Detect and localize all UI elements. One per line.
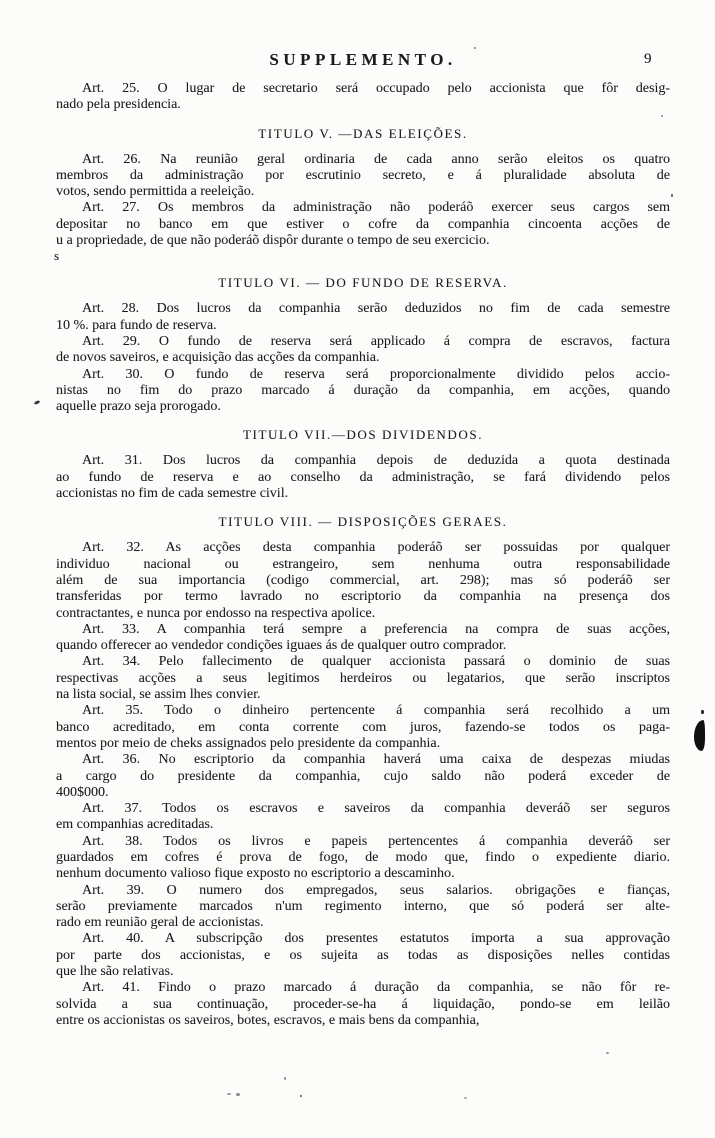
ink-speck	[606, 1052, 609, 1054]
ink-speck	[661, 115, 663, 117]
text-line: solvida a sua continuação, proceder-se-h…	[56, 997, 670, 1013]
text-line: Art. 41. Findo o prazo marcado á duração…	[56, 980, 670, 996]
text-line: Art. 32. As acções desta companhia poder…	[56, 540, 670, 556]
ink-blot-artifact	[694, 720, 705, 751]
text-line: Art. 27. Os membros da administração não…	[56, 200, 670, 216]
article-40: Art. 40. A subscripção dos presentes est…	[56, 931, 670, 980]
text-line: nado pela presidencia.	[56, 97, 670, 113]
article-29: Art. 29. O fundo de reserva será applica…	[56, 334, 670, 367]
text-line: 400$000.	[56, 785, 670, 801]
article-33: Art. 33. A companhia terá sempre a prefe…	[56, 622, 670, 655]
text-line: contractantes, e nunca por endosso na re…	[56, 606, 670, 622]
article-25: Art. 25. O lugar de secretario será occu…	[56, 81, 670, 114]
text-line: u a propriedade, de que não poderáõ disp…	[56, 233, 670, 249]
text-line: Art. 31. Dos lucros da companhia depois …	[56, 453, 670, 469]
article-35: Art. 35. Todo o dinheiro pertencente á c…	[56, 703, 670, 752]
ink-speck	[284, 1077, 286, 1080]
ink-speck	[671, 194, 673, 197]
ink-speck	[236, 1093, 240, 1096]
ink-speck	[227, 1093, 231, 1095]
article-31: Art. 31. Dos lucros da companhia depois …	[56, 453, 670, 502]
text-line: em companhias acreditadas.	[56, 817, 670, 833]
text-line: a cargo do presidente da companhia, cujo…	[56, 769, 670, 785]
text-line: Art. 40. A subscripção dos presentes est…	[56, 931, 670, 947]
article-39: Art. 39. O numero dos empregados, seus s…	[56, 883, 670, 932]
article-30: Art. 30. O fundo de reserva será proporc…	[56, 367, 670, 416]
ink-speck	[300, 1095, 302, 1097]
text-line: que lhe são relativas.	[56, 964, 670, 980]
article-34: Art. 34. Pelo fallecimento de qualquer a…	[56, 654, 670, 703]
text-line: depositar no banco em que estiver o cofr…	[56, 217, 670, 233]
text-line: Art. 37. Todos os escravos e saveiros da…	[56, 801, 670, 817]
scanned-document-page: SUPPLEMENTO. 9 Art. 25. O lugar de secre…	[0, 0, 715, 1138]
ink-speck	[474, 47, 476, 49]
article-32: Art. 32. As acções desta companhia poder…	[56, 540, 670, 621]
text-line: além de sua importancia (codigo commerci…	[56, 573, 670, 589]
text-line: Art. 35. Todo o dinheiro pertencente á c…	[56, 703, 670, 719]
text-line: aquelle prazo seja prorogado.	[56, 399, 670, 415]
text-line: guardados em cofres é prova de fogo, de …	[56, 850, 670, 866]
page-title: SUPPLEMENTO.	[56, 50, 670, 70]
text-line: Art. 38. Todos os livros e papeis perten…	[56, 834, 670, 850]
page-number: 9	[644, 51, 652, 68]
document-body: Art. 25. O lugar de secretario será occu…	[56, 81, 670, 1029]
text-line: membros da administração por escrutinio …	[56, 168, 670, 184]
article-28: Art. 28. Dos lucros da companhia serão d…	[56, 301, 670, 334]
text-line: Art. 30. O fundo de reserva será proporc…	[56, 367, 670, 383]
titulo-vii-heading: TITULO VII.—DOS DIVIDENDOS.	[56, 427, 670, 443]
titulo-v-heading: TITULO V. —DAS ELEIÇÕES.	[56, 126, 670, 142]
titulo-viii-heading: TITULO VIII. — DISPOSIÇÕES GERAES.	[56, 514, 670, 530]
text-line: rado em reunião geral de accionistas.	[56, 915, 670, 931]
article-36: Art. 36. No escriptorio da companhia hav…	[56, 752, 670, 801]
article-27: Art. 27. Os membros da administração não…	[56, 200, 670, 249]
text-line: transferidas por termo lavrado no escrip…	[56, 589, 670, 605]
article-41: Art. 41. Findo o prazo marcado á duração…	[56, 980, 670, 1029]
text-line: mentos por meio de cheks assignados pelo…	[56, 736, 670, 752]
text-line: ao fundo de reserva e ao conselho da adm…	[56, 470, 670, 486]
article-26: Art. 26. Na reunião geral ordinaria de c…	[56, 152, 670, 201]
stray-type-s: s	[54, 249, 670, 263]
article-38: Art. 38. Todos os livros e papeis perten…	[56, 834, 670, 883]
text-line: quando offerecer ao vendedor condições i…	[56, 638, 670, 654]
ink-speck	[464, 1097, 467, 1099]
text-line: accionistas no fim de cada semestre civi…	[56, 486, 670, 502]
text-line: votos, sendo permittida a reeleição.	[56, 184, 670, 200]
text-line: por parte dos accionistas, e os sujeita …	[56, 948, 670, 964]
text-line: 10 %. para fundo de reserva.	[56, 318, 670, 334]
article-37: Art. 37. Todos os escravos e saveiros da…	[56, 801, 670, 834]
text-line: de novos saveiros, e acquisição das acçõ…	[56, 350, 670, 366]
titulo-vi-heading: TITULO VI. — DO FUNDO DE RESERVA.	[56, 275, 670, 291]
text-line: Art. 26. Na reunião geral ordinaria de c…	[56, 152, 670, 168]
text-line: Art. 34. Pelo fallecimento de qualquer a…	[56, 654, 670, 670]
text-line: na lista social, se assim lhes convier.	[56, 687, 670, 703]
ink-speck	[34, 400, 41, 405]
text-line: Art. 28. Dos lucros da companhia serão d…	[56, 301, 670, 317]
text-line: Art. 29. O fundo de reserva será applica…	[56, 334, 670, 350]
text-line: Art. 39. O numero dos empregados, seus s…	[56, 883, 670, 899]
text-line: Art. 33. A companhia terá sempre a prefe…	[56, 622, 670, 638]
text-line: individuo nacional ou estrangeiro, sem n…	[56, 557, 670, 573]
text-line: respectivas acções a seus legitimos herd…	[56, 671, 670, 687]
text-line: nenhum documento valioso fique exposto n…	[56, 866, 670, 882]
text-line: nistas no fim do prazo marcado á duração…	[56, 383, 670, 399]
text-line: Art. 36. No escriptorio da companhia hav…	[56, 752, 670, 768]
text-line: entre os accionistas os saveiros, botes,…	[56, 1013, 670, 1029]
text-line: banco acreditado, em conta corrente com …	[56, 720, 670, 736]
ink-speck	[701, 710, 704, 714]
page-header: SUPPLEMENTO.	[56, 50, 670, 70]
text-line: Art. 25. O lugar de secretario será occu…	[56, 81, 670, 97]
text-line: serão previamente marcados n'um regiment…	[56, 899, 670, 915]
